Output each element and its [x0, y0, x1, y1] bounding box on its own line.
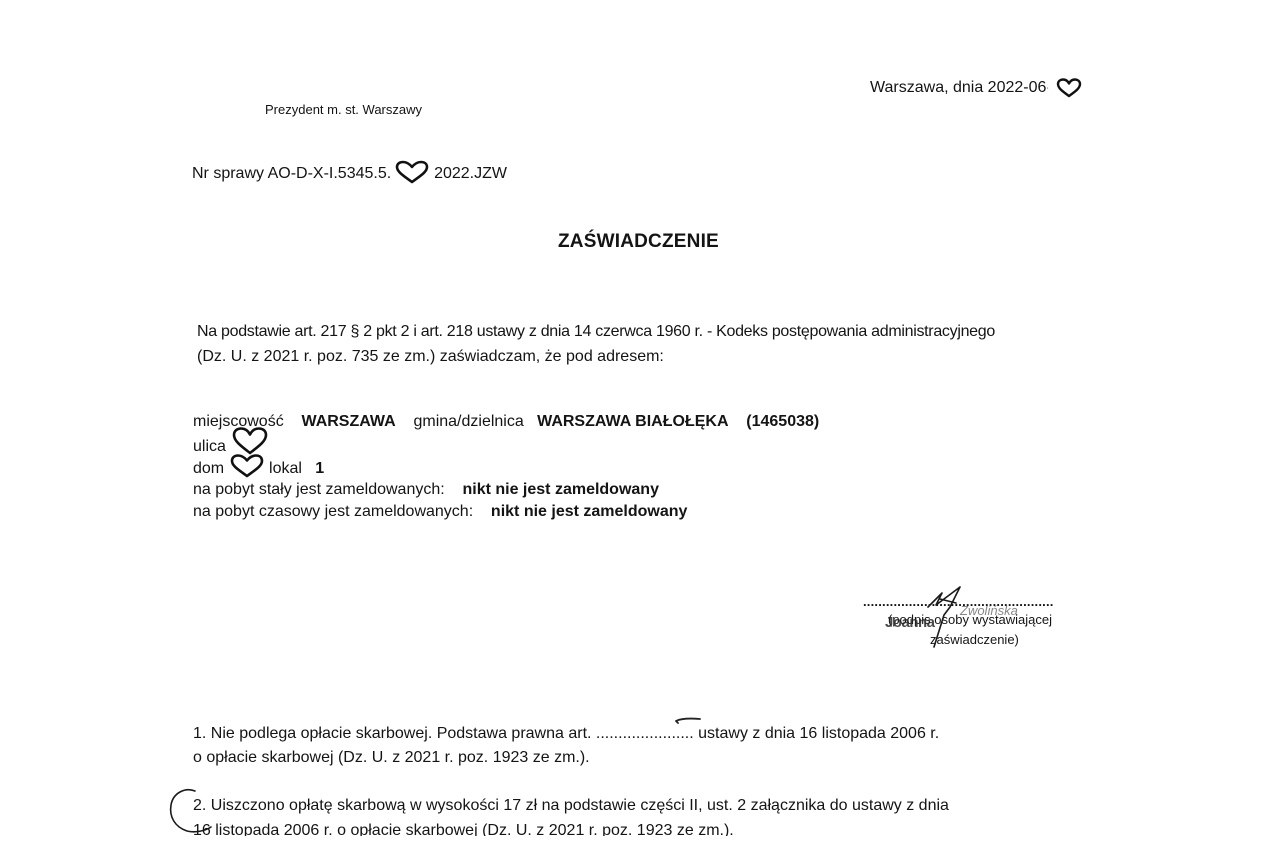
locality-value: WARSZAWA	[301, 413, 395, 430]
note-2-line-1: 2. Uiszczono opłatę skarbową w wysokości…	[193, 797, 949, 815]
place-and-date: Warszawa, dnia 2022-06·	[870, 78, 1082, 98]
case-number-suffix: 2022.JZW	[430, 165, 507, 182]
case-number-prefix: Nr sprawy AO-D-X-I.5345.5.	[192, 165, 391, 182]
apartment-value: 1	[315, 460, 324, 477]
street-label: ulica	[193, 438, 226, 455]
case-number: Nr sprawy AO-D-X-I.5345.5. 2022.JZW	[192, 164, 507, 184]
heart-icon	[394, 160, 430, 184]
document-title: ZAŚWIADCZENIE	[558, 231, 719, 253]
house-row: dom lokal 1	[193, 459, 324, 479]
temporary-value: nikt nie jest zameldowany	[491, 503, 688, 520]
temporary-label: na pobyt czasowy jest zameldowanych:	[193, 503, 473, 520]
permanent-value: nikt nie jest zameldowany	[462, 481, 659, 498]
permanent-residence-row: na pobyt stały jest zameldowanych: nikt …	[193, 481, 659, 499]
locality-row: miejscowość WARSZAWA gmina/dzielnica WAR…	[193, 413, 819, 431]
handwritten-signature-icon	[920, 585, 970, 660]
note-2-line-2: 16 listopada 2006 r. o opłacie skarbowej…	[193, 822, 734, 836]
intro-line-2: (Dz. U. z 2021 r. poz. 735 ze zm.) zaświ…	[197, 348, 664, 366]
heart-icon	[1056, 78, 1082, 98]
temporary-residence-row: na pobyt czasowy jest zameldowanych: nik…	[193, 503, 687, 521]
intro-line-1: Na podstawie art. 217 § 2 pkt 2 i art. 2…	[197, 323, 995, 341]
house-label: dom	[193, 460, 224, 477]
place-date-text: Warszawa, dnia 2022-06	[870, 79, 1046, 96]
heart-icon	[229, 453, 265, 479]
heart-icon	[230, 426, 270, 456]
district-code: (1465038)	[746, 413, 819, 430]
issuer-name: Prezydent m. st. Warszawy	[265, 102, 422, 117]
district-label: gmina/dzielnica	[413, 413, 523, 430]
note-1-line-1: 1. Nie podlega opłacie skarbowej. Podsta…	[193, 725, 939, 743]
permanent-label: na pobyt stały jest zameldowanych:	[193, 481, 445, 498]
apartment-label: lokal	[269, 460, 302, 477]
district-value: WARSZAWA BIAŁOŁĘKA	[537, 413, 728, 430]
note-1-line-2: o opłacie skarbowej (Dz. U. z 2021 r. po…	[193, 749, 590, 767]
